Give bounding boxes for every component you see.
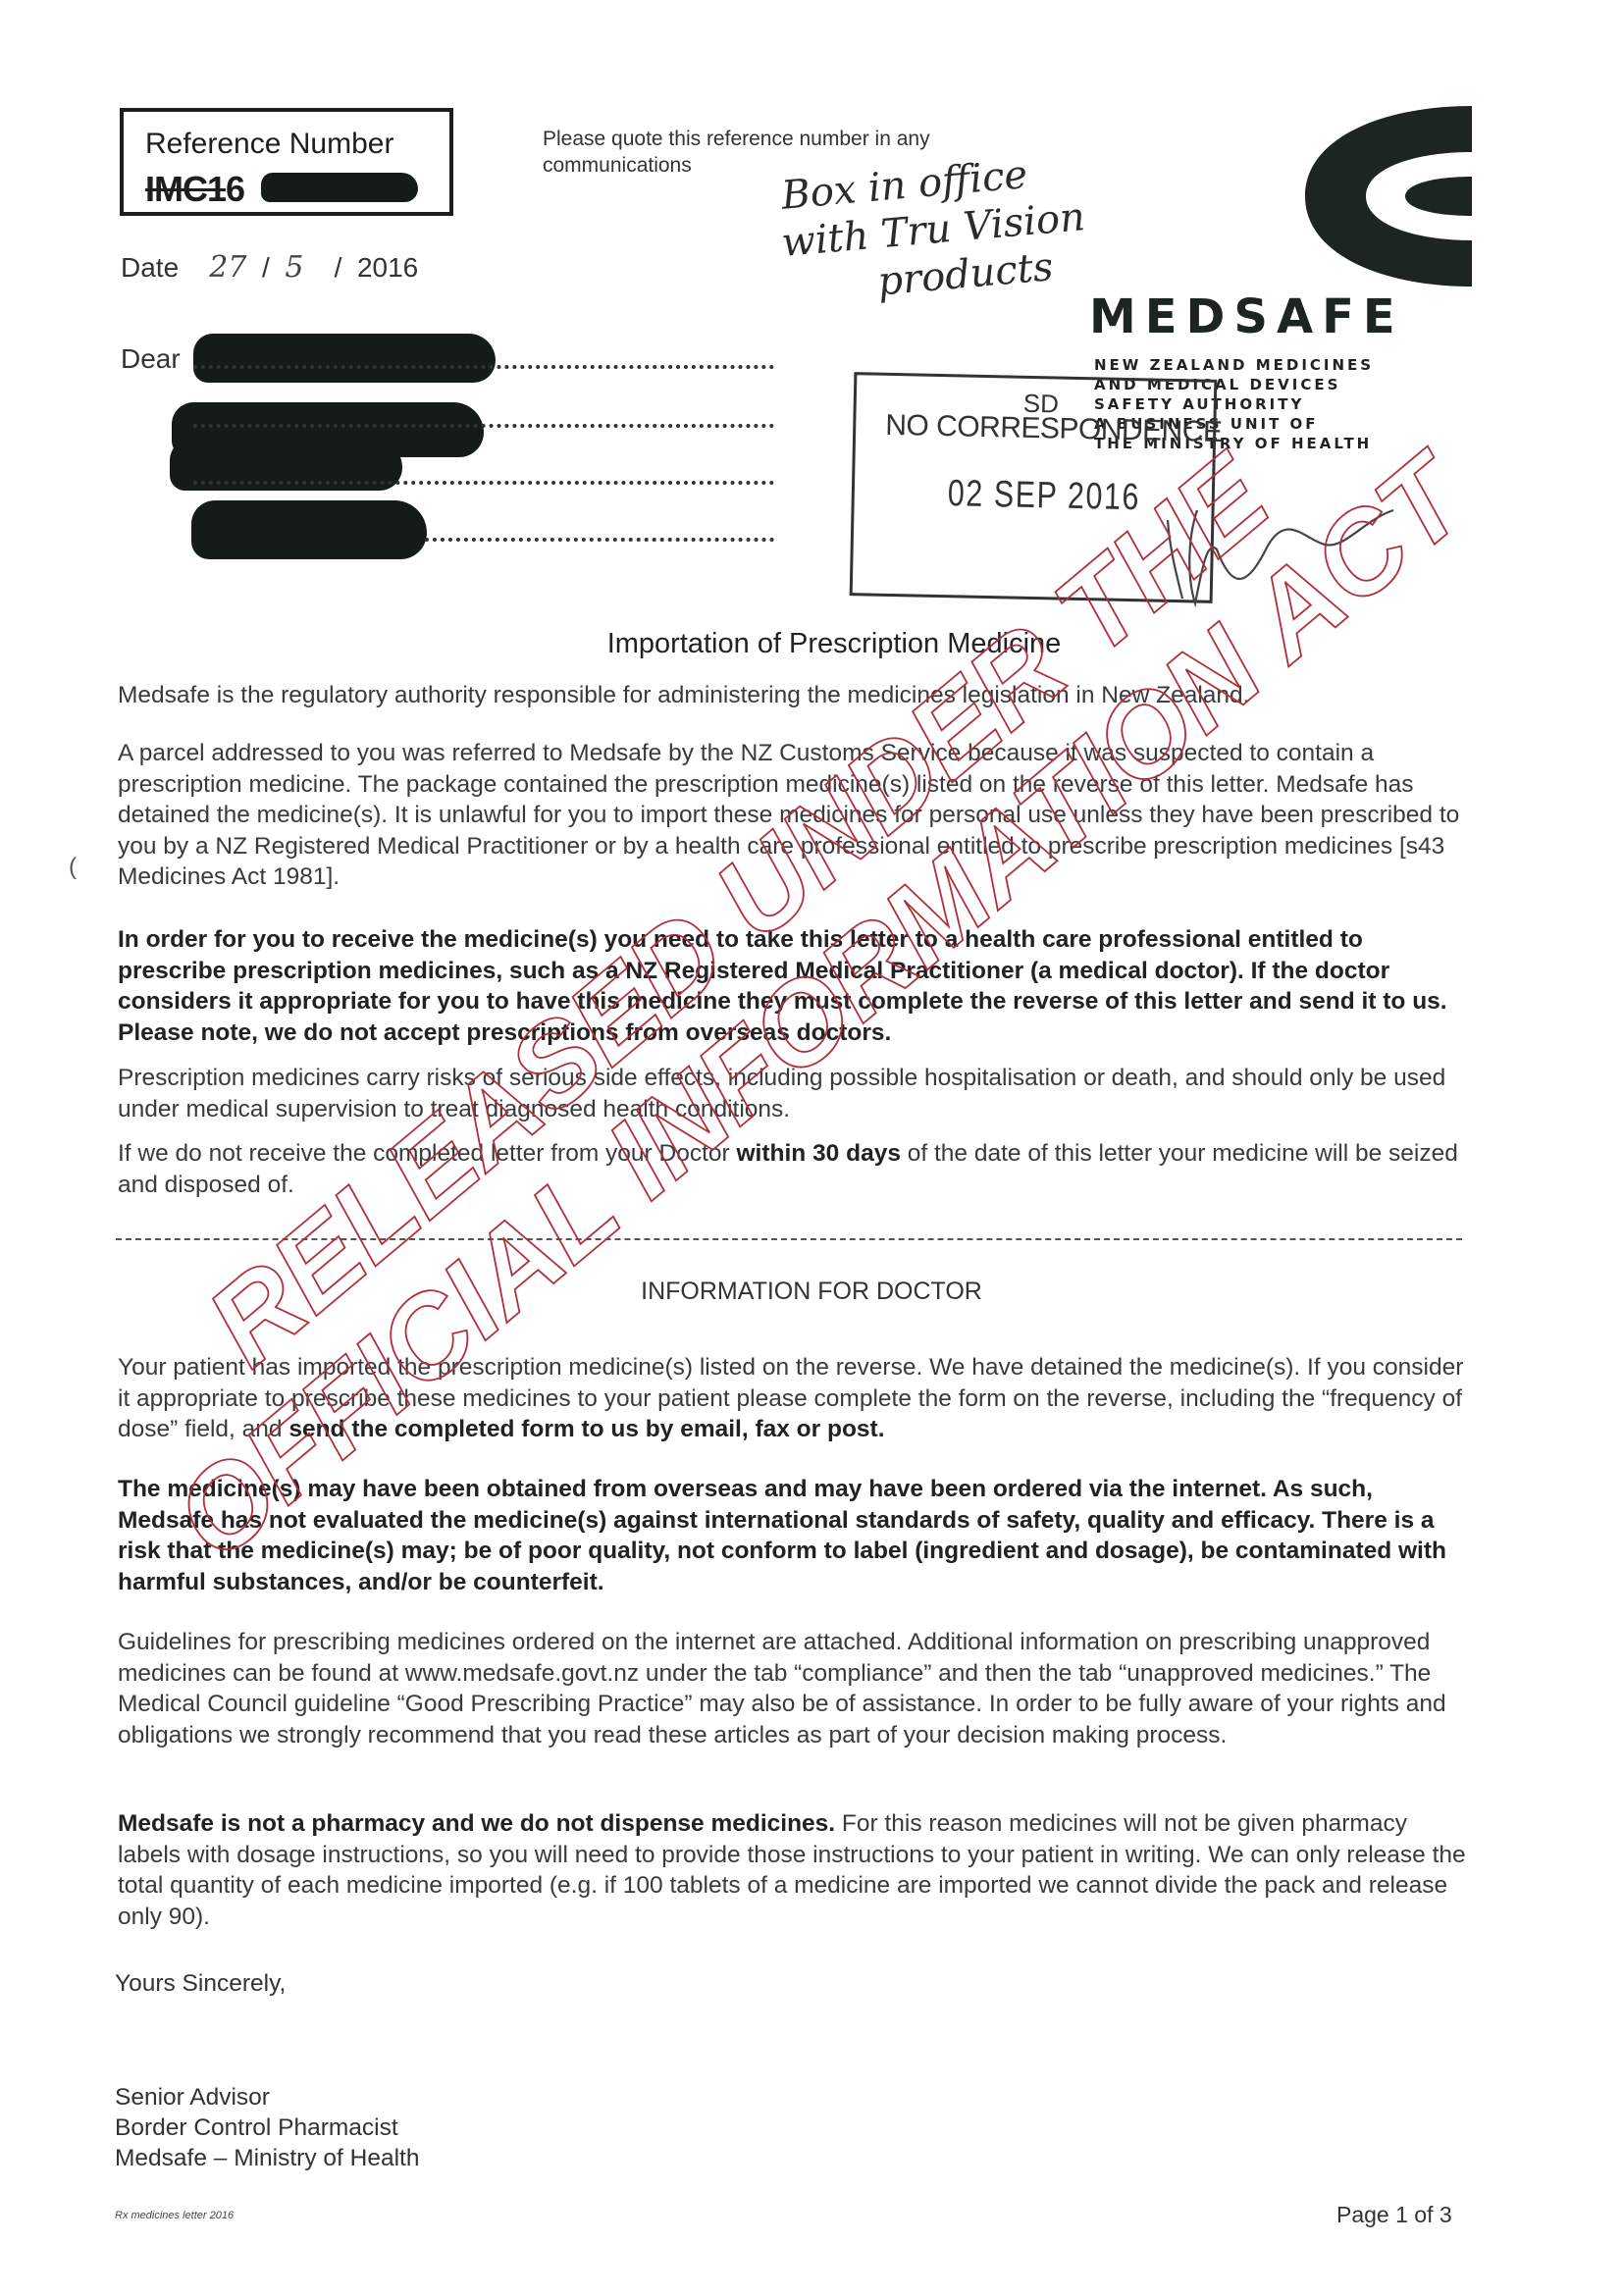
cut-line-divider xyxy=(116,1238,1462,1240)
deadline-text: If we do not receive the completed lette… xyxy=(118,1140,736,1167)
redaction-bar xyxy=(191,500,427,559)
medsafe-logo-icon xyxy=(1266,98,1472,294)
logo-subtitle-line: NEW ZEALAND MEDICINES xyxy=(1094,355,1374,375)
deadline-emphasis: within 30 days xyxy=(736,1140,900,1167)
document-code: Rx medicines letter 2016 xyxy=(115,2210,234,2221)
parcel-paragraph: A parcel addressed to you was referred t… xyxy=(118,738,1472,893)
date-month: 5 xyxy=(285,250,303,285)
risk-paragraph: Prescription medicines carry risks of se… xyxy=(118,1063,1472,1124)
stray-mark: ( xyxy=(69,854,77,881)
deadline-paragraph: If we do not receive the completed lette… xyxy=(118,1138,1472,1200)
reference-number-box: Reference Number IMC16 xyxy=(120,108,453,216)
address-line xyxy=(193,365,774,369)
letter-title: Importation of Prescription Medicine xyxy=(0,628,1623,660)
medsafe-wordmark: MEDSAFE xyxy=(1089,289,1404,344)
doctor-p4-emphasis: Medsafe is not a pharmacy and we do not … xyxy=(118,1810,835,1837)
date-separator: / xyxy=(262,252,270,283)
reference-number: IMC16 xyxy=(145,169,244,210)
redaction-bar xyxy=(261,173,418,202)
instructions-paragraph: In order for you to receive the medicine… xyxy=(118,924,1472,1048)
doctor-paragraph-1: Your patient has imported the prescripti… xyxy=(118,1352,1472,1445)
signatory-block: Senior Advisor Border Control Pharmacist… xyxy=(115,2082,419,2173)
address-line xyxy=(425,538,774,542)
reference-label: Reference Number xyxy=(145,128,393,161)
signatory-line: Border Control Pharmacist xyxy=(115,2113,419,2143)
stamp-label: NO CORRESPONDENCE xyxy=(885,409,1223,449)
stamp-date: 02 SEP 2016 xyxy=(947,473,1140,519)
salutation: Dear xyxy=(121,343,181,375)
intro-paragraph: Medsafe is the regulatory authority resp… xyxy=(118,680,1472,711)
date-separator: / xyxy=(335,252,342,283)
doctor-paragraph-4: Medsafe is not a pharmacy and we do not … xyxy=(118,1808,1472,1932)
doctor-p1-emphasis: send the completed form to us by email, … xyxy=(288,1416,884,1442)
doctor-section-title: INFORMATION FOR DOCTOR xyxy=(0,1278,1623,1306)
signatory-line: Medsafe – Ministry of Health xyxy=(115,2143,419,2173)
letter-date: Date 27 / 5 / 2016 xyxy=(121,250,418,285)
handwritten-note: Box in office with Tru Vision products xyxy=(779,142,1143,314)
date-year: 2016 xyxy=(357,252,418,283)
redaction-bar xyxy=(193,334,496,383)
page-number: Page 1 of 3 xyxy=(1336,2202,1452,2228)
signatory-line: Senior Advisor xyxy=(115,2082,419,2113)
doctor-paragraph-3: Guidelines for prescribing medicines ord… xyxy=(118,1627,1472,1750)
reference-prefix-struck: IMC1 xyxy=(145,169,226,209)
valediction: Yours Sincerely, xyxy=(115,1968,286,1999)
date-label: Date xyxy=(121,252,179,283)
address-line xyxy=(193,481,774,485)
signature-scribble-icon xyxy=(1148,481,1403,608)
address-line xyxy=(193,424,774,428)
doctor-paragraph-2: The medicine(s) may have been obtained f… xyxy=(118,1474,1472,1597)
date-day: 27 xyxy=(209,250,246,285)
reference-digit: 6 xyxy=(226,169,244,209)
